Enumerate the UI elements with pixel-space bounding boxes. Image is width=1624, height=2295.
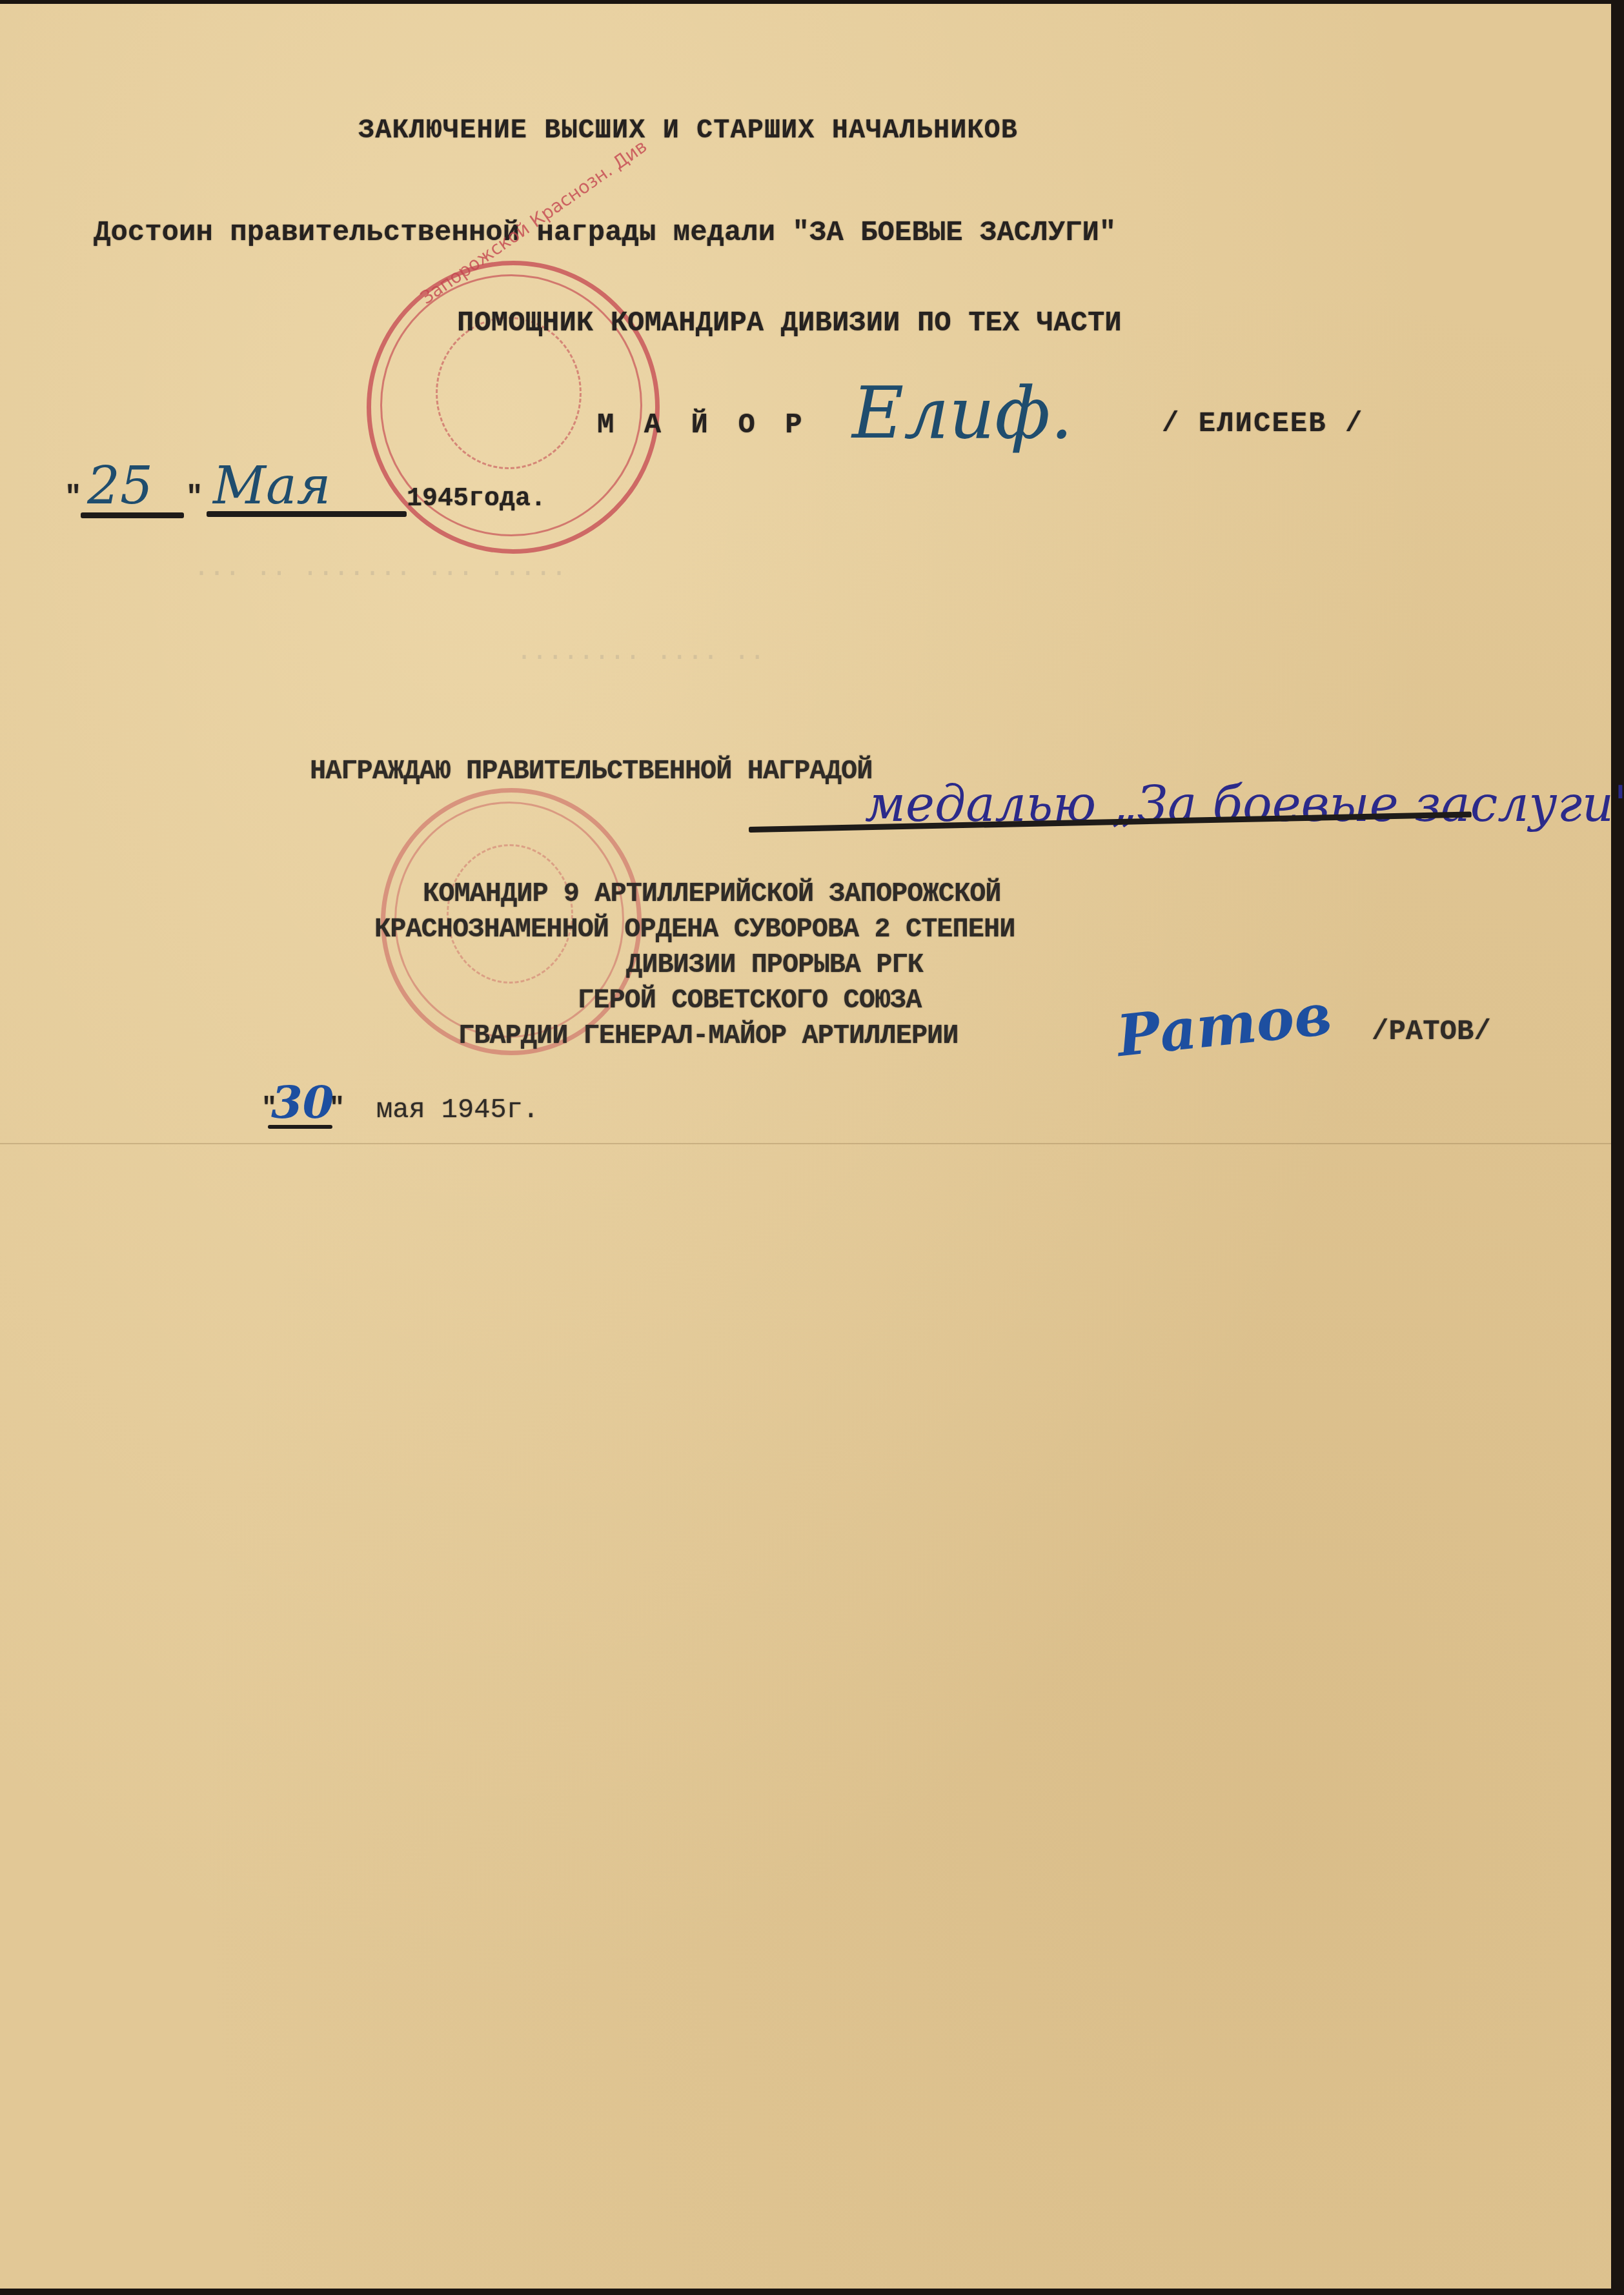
signer-name: / ЕЛИСЕЕВ /	[1162, 408, 1363, 440]
document-page: ··· ·· ······· ··· ····· ········ ···· ·…	[0, 4, 1611, 2289]
signer-rank: М А Й О Р	[597, 409, 809, 441]
decision-statement: НАГРАЖДАЮ ПРАВИТЕЛЬСТВЕННОЙ НАГРАДОЙ	[310, 756, 872, 787]
date-month-handwritten: Мая	[213, 456, 331, 516]
date-day-handwritten: 25	[87, 456, 153, 516]
signature-ratov: Ратов	[1113, 980, 1334, 1069]
decision-date-day-handwritten: 30	[271, 1075, 334, 1129]
date-month-underline	[207, 511, 407, 517]
decision-date-underline	[268, 1125, 332, 1129]
conclusion-statement: Достоин правительственной награды медали…	[94, 217, 1116, 249]
date-close-quote: "	[186, 481, 204, 514]
commander-line-3: ДИВИЗИИ ПРОРЫВА РГК	[626, 949, 923, 980]
bleed-through-text: ········ ···· ··	[516, 643, 765, 672]
commander-line-1: КОМАНДИР 9 АРТИЛЛЕРИЙСКОЙ ЗАПОРОЖСКОЙ	[423, 878, 1001, 909]
date-year: 1945года.	[407, 485, 546, 514]
date-open-quote: "	[65, 481, 83, 514]
section-title: ЗАКЛЮЧЕНИЕ ВЫСШИХ И СТАРШИХ НАЧАЛЬНИКОВ	[358, 115, 1018, 146]
fold-line	[0, 1143, 1611, 1144]
decision-date-rest: мая 1945г.	[376, 1095, 539, 1126]
signer-position: ПОМОЩНИК КОМАНДИРА ДИВИЗИИ ПО ТЕХ ЧАСТИ	[457, 307, 1122, 339]
commander-line-4: ГЕРОЙ СОВЕТСКОГО СОЮЗА	[578, 985, 922, 1016]
commander-line-5: ГВАРДИИ ГЕНЕРАЛ-МАЙОР АРТИЛЛЕРИИ	[458, 1020, 959, 1051]
commander-line-2: КРАСНОЗНАМЕННОЙ ОРДЕНА СУВОРОВА 2 СТЕПЕН…	[374, 914, 1015, 945]
bleed-through-text: ··· ·· ······· ··· ·····	[194, 559, 567, 589]
date-day-underline	[81, 512, 184, 518]
signature-eliseev: Елиф.	[852, 372, 1073, 454]
decision-date-close-quote: "	[329, 1095, 346, 1124]
commander-name: /РАТОВ/	[1372, 1016, 1491, 1048]
ussr-emblem-icon	[436, 317, 582, 469]
